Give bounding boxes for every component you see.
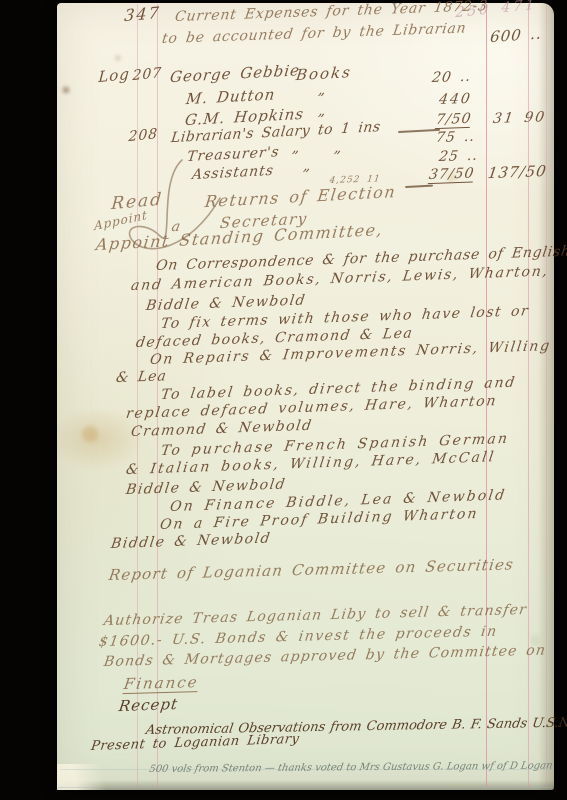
amount: 25 .. xyxy=(438,149,479,164)
ledger-rule-vertical xyxy=(546,4,547,787)
minute-line: & Lea xyxy=(115,369,168,385)
amount: 440 xyxy=(438,92,473,107)
manuscript-scan: 347Current Expenses for the Year 1872-32… xyxy=(0,0,567,800)
ledger-rule-horizontal xyxy=(58,787,552,788)
paper-stain xyxy=(116,56,120,60)
page-bottom-edge-shadow xyxy=(57,780,554,790)
paper-stain xyxy=(63,87,69,93)
ledger-rule-vertical xyxy=(157,4,158,787)
ledger-rule-vertical xyxy=(137,4,138,787)
paper-stain xyxy=(82,426,98,442)
receipt-heading: Recept xyxy=(118,697,179,714)
folio-number: 347 xyxy=(124,5,162,24)
entry-number: 207 xyxy=(132,66,163,83)
entry-number: 208 xyxy=(128,127,159,144)
amount: 37/50 xyxy=(428,166,476,184)
item-desc: Books xyxy=(295,65,353,83)
page-gutter-edge xyxy=(57,3,93,790)
header-amount: 600 .. xyxy=(489,26,542,45)
amount: 75 .. xyxy=(435,130,476,145)
amount: 20 .. xyxy=(431,70,472,85)
resolution-line: Finance xyxy=(122,675,199,694)
amount: 7/50 xyxy=(435,112,473,129)
item-desc: Assistants xyxy=(191,164,275,182)
ledger-ref: Log xyxy=(98,67,130,85)
subtotal: 31 90 xyxy=(492,110,547,126)
subtotal: 137/50 xyxy=(487,164,548,181)
